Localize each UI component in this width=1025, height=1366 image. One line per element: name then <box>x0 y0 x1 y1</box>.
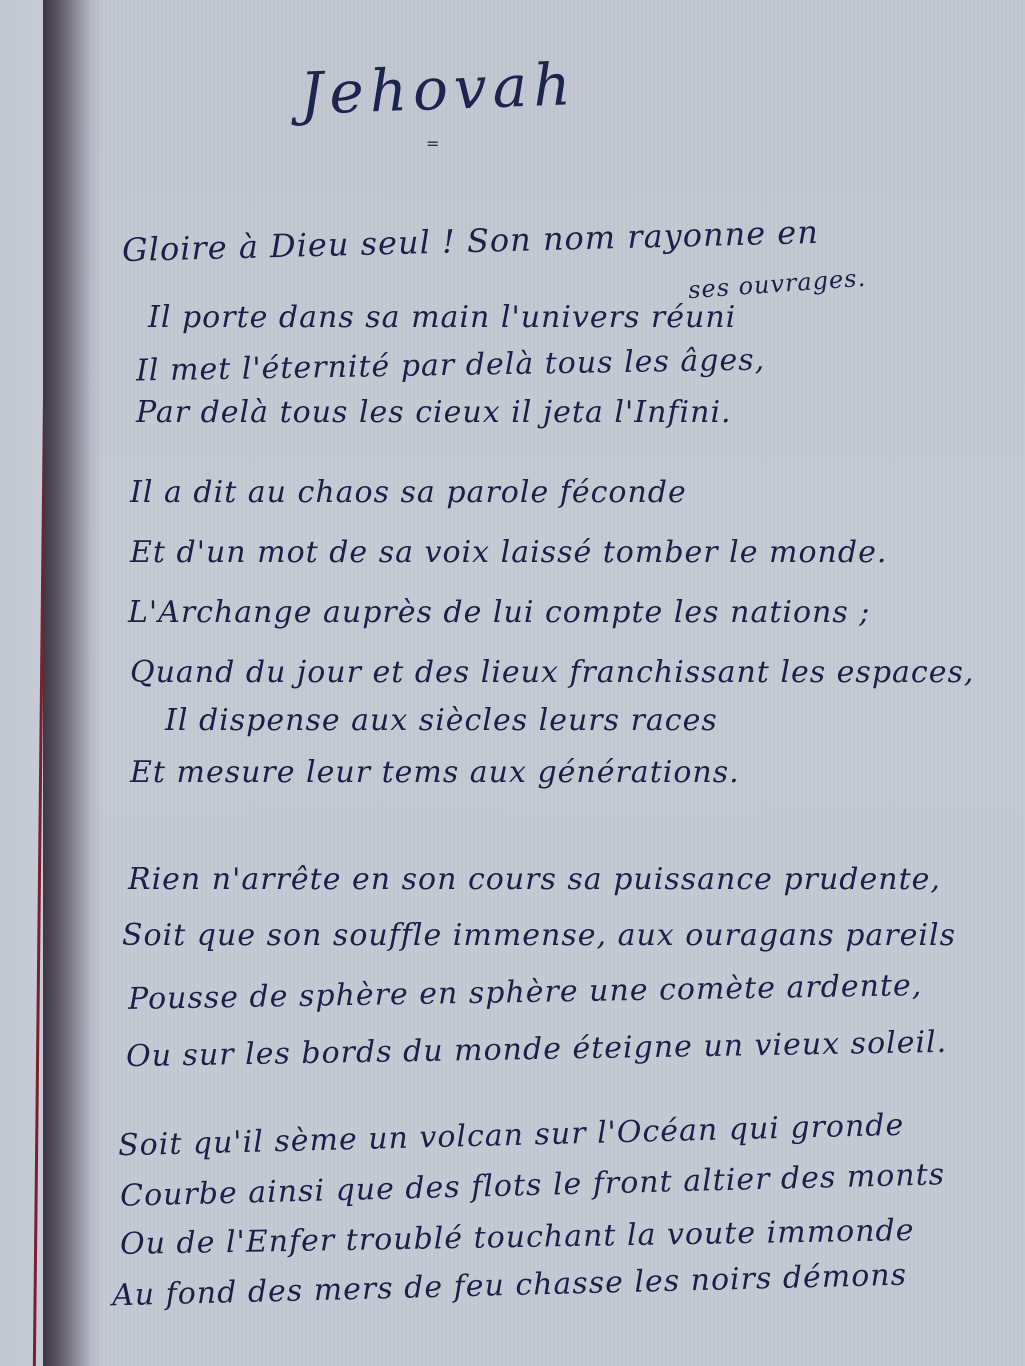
poem-line: Il porte dans sa main l'univers réuni <box>148 300 736 335</box>
poem-line: Il a dit au chaos sa parole féconde <box>130 475 687 510</box>
poem-line: Il dispense aux siècles leurs races <box>165 703 718 738</box>
poem-line: L'Archange auprès de lui compte les nati… <box>128 595 870 630</box>
poem-title: Jehovah <box>299 50 578 128</box>
poem-line: Par delà tous les cieux il jeta l'Infini… <box>136 395 732 430</box>
poem-line: Et mesure leur tems aux générations. <box>130 755 740 790</box>
binding-gutter-shadow <box>43 0 103 1366</box>
poem-line: Soit que son souffle immense, aux ouraga… <box>122 918 956 953</box>
title-underline-mark: = <box>426 134 439 153</box>
poem-line: Quand du jour et des lieux franchissant … <box>130 655 974 690</box>
poem-line: Rien n'arrête en son cours sa puissance … <box>128 862 941 897</box>
poem-line: Et d'un mot de sa voix laissé tomber le … <box>130 535 887 570</box>
